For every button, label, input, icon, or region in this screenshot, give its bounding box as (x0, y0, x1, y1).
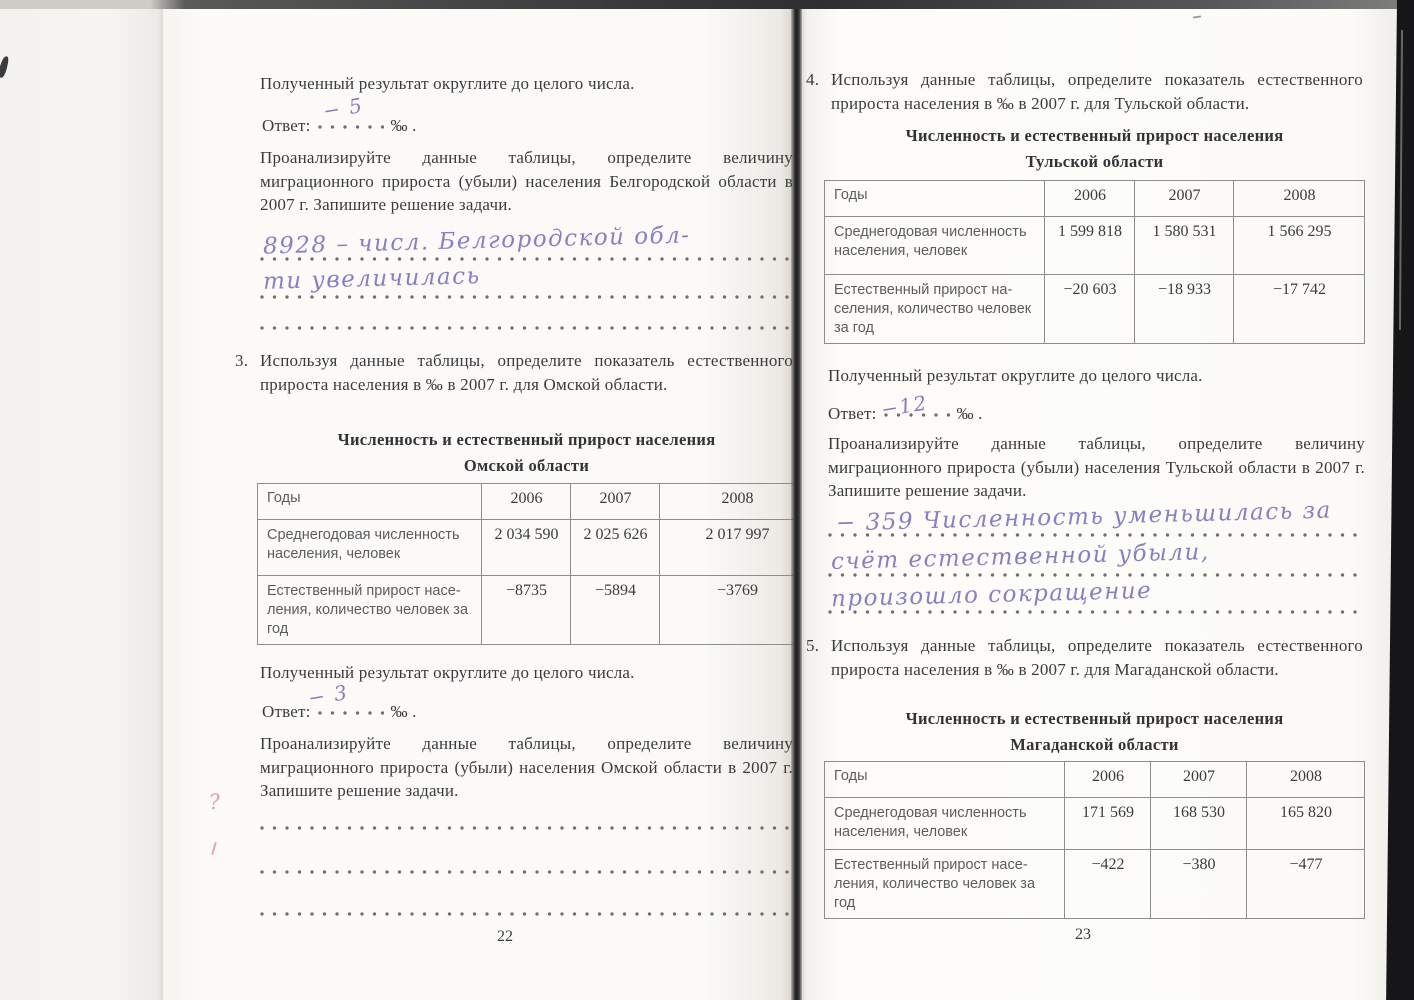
round-instruction-1: Полученный результат округлите до целого… (260, 72, 785, 96)
round-instruction-3: Полученный результат округлите до целого… (828, 364, 1358, 388)
cell-value: 168 530 (1151, 798, 1247, 850)
dotted-line (260, 295, 791, 299)
permille-sign: ‰ . (391, 702, 417, 721)
table-row: Естественный прирост насе­ления, количес… (258, 576, 794, 645)
table-header-row: Годы 2006 2007 2008 (825, 762, 1365, 798)
cell-value: −380 (1151, 850, 1247, 919)
table-row: Среднегодовая численность населения, чел… (258, 520, 794, 576)
dotted-line (828, 610, 1364, 614)
permille-sign: ‰ . (391, 116, 417, 135)
cell-value: 2 017 997 (660, 520, 794, 576)
omsk-migration-task: Проанализируйте данные таблицы, определи… (260, 732, 793, 803)
header-years: Годы (825, 181, 1045, 217)
magadan-table: Годы 2006 2007 2008 Среднегодовая числен… (824, 761, 1365, 919)
book-spine-shadow (791, 0, 802, 1000)
row-label: Среднегодовая численность населения, чел… (258, 520, 482, 576)
magadan-table-subtitle: Магаданской области (826, 735, 1363, 755)
answer-label: Ответ: (262, 702, 311, 721)
task-4-text: Используя данные таблицы, определите пок… (831, 68, 1363, 115)
tula-migration-task: Проанализируйте данные таблицы, определи… (828, 432, 1365, 503)
answer-dots (318, 125, 384, 129)
cell-value: 165 820 (1247, 798, 1365, 850)
year-2008: 2008 (1247, 762, 1365, 798)
belgorod-migration-task: Проанализируйте данные таблицы, определи… (260, 146, 793, 217)
handwriting-line-1: 8928 – числ. Белгородской обл- (263, 222, 691, 259)
cell-value: 1 599 818 (1045, 217, 1135, 275)
page-number-right: 23 (1053, 926, 1113, 944)
cell-value: −8735 (482, 576, 571, 645)
book-scan: Полученный результат округлите до целого… (0, 0, 1414, 1000)
handwriting-line-2: счёт естественной убыли, (831, 539, 1210, 575)
cell-value: −477 (1247, 850, 1365, 919)
task-5-text: Используя данные таблицы, определите пок… (831, 634, 1363, 681)
year-2008: 2008 (660, 484, 794, 520)
table-header-row: Годы 2006 2007 2008 (258, 484, 794, 520)
omsk-table-subtitle: Омской области (260, 456, 793, 476)
cell-value: −20 603 (1045, 275, 1135, 344)
row-label: Среднегодовая числен­ность населения, че… (825, 217, 1045, 275)
page-right: 4. Используя данные таблицы, определите … (801, 6, 1398, 1000)
year-2007: 2007 (571, 484, 660, 520)
cell-value: −17 742 (1234, 275, 1365, 344)
omsk-table-title: Численность и естественный прирост насел… (260, 430, 793, 450)
task-3-text: Используя данные таблицы, определите пок… (260, 349, 793, 396)
table-header-row: Годы 2006 2007 2008 (825, 181, 1365, 217)
header-years: Годы (258, 484, 482, 520)
tula-table: Годы 2006 2007 2008 Среднегодовая числен… (824, 180, 1365, 344)
handwriting-line-2: ти увеличилась (263, 263, 481, 295)
year-2007: 2007 (1151, 762, 1247, 798)
row-label: Естественный прирост насе­ления, количес… (825, 850, 1065, 919)
cell-value: −18 933 (1135, 275, 1234, 344)
task-3-number: 3. (235, 349, 260, 396)
table-row: Естественный прирост насе­ления, количес… (825, 850, 1365, 919)
row-label: Среднегодовая численность населения, чел… (825, 798, 1065, 850)
cell-value: −5894 (571, 576, 660, 645)
dotted-line (260, 870, 791, 874)
permille-sign: ‰ . (957, 404, 983, 423)
page-number-left: 22 (475, 928, 535, 946)
year-2007: 2007 (1135, 181, 1234, 217)
row-label: Естественный прирост насе­ления, количес… (258, 576, 482, 645)
cell-value: −3769 (660, 576, 794, 645)
cell-value: 171 569 (1065, 798, 1151, 850)
year-2006: 2006 (1045, 181, 1135, 217)
task-3: 3. Используя данные таблицы, определите … (235, 349, 793, 396)
table-row: Среднегодовая числен­ность населения, че… (825, 217, 1365, 275)
cell-value: −422 (1065, 850, 1151, 919)
year-2006: 2006 (482, 484, 571, 520)
cell-value: 2 025 626 (571, 520, 660, 576)
handwriting-line-1: − 359 Численность уменьшилась за (836, 498, 1332, 537)
cell-value: 1 566 295 (1234, 217, 1365, 275)
task-4-number: 4. (806, 68, 831, 115)
dotted-line (260, 326, 791, 330)
task-4: 4. Используя данные таблицы, определите … (806, 68, 1363, 115)
year-2008: 2008 (1234, 181, 1365, 217)
year-2006: 2006 (1065, 762, 1151, 798)
header-years: Годы (825, 762, 1065, 798)
task-5: 5. Используя данные таблицы, определите … (806, 634, 1363, 681)
row-label: Естественный прирост на­селения, количес… (825, 275, 1045, 344)
dotted-line (828, 533, 1364, 537)
tula-table-title: Численность и естественный прирост насел… (826, 126, 1363, 146)
answer-label: Ответ: (828, 404, 877, 423)
tula-table-subtitle: Тульской области (826, 152, 1363, 172)
margin-pink-tick (211, 842, 217, 855)
dotted-line (260, 257, 791, 261)
scan-top-shadow (0, 0, 1414, 9)
cell-value: 1 580 531 (1135, 217, 1234, 275)
margin-pink-mark: ? (208, 789, 222, 814)
answer-dots (318, 711, 384, 715)
task-5-number: 5. (806, 634, 831, 681)
handwriting-line-3: произошло сокращение (831, 578, 1153, 612)
dotted-line (828, 573, 1364, 577)
dotted-line (260, 826, 791, 830)
omsk-table: Годы 2006 2007 2008 Среднегодовая числен… (257, 483, 793, 645)
table-row: Среднегодовая численность населения, чел… (825, 798, 1365, 850)
cell-value: 2 034 590 (482, 520, 571, 576)
dotted-line (260, 912, 791, 916)
previous-page-edge (0, 6, 163, 1000)
table-row: Естественный прирост на­селения, количес… (825, 275, 1365, 344)
answer-label: Ответ: (262, 116, 311, 135)
page-left: Полученный результат округлите до целого… (163, 6, 793, 1000)
magadan-table-title: Численность и естественный прирост насел… (826, 709, 1363, 729)
